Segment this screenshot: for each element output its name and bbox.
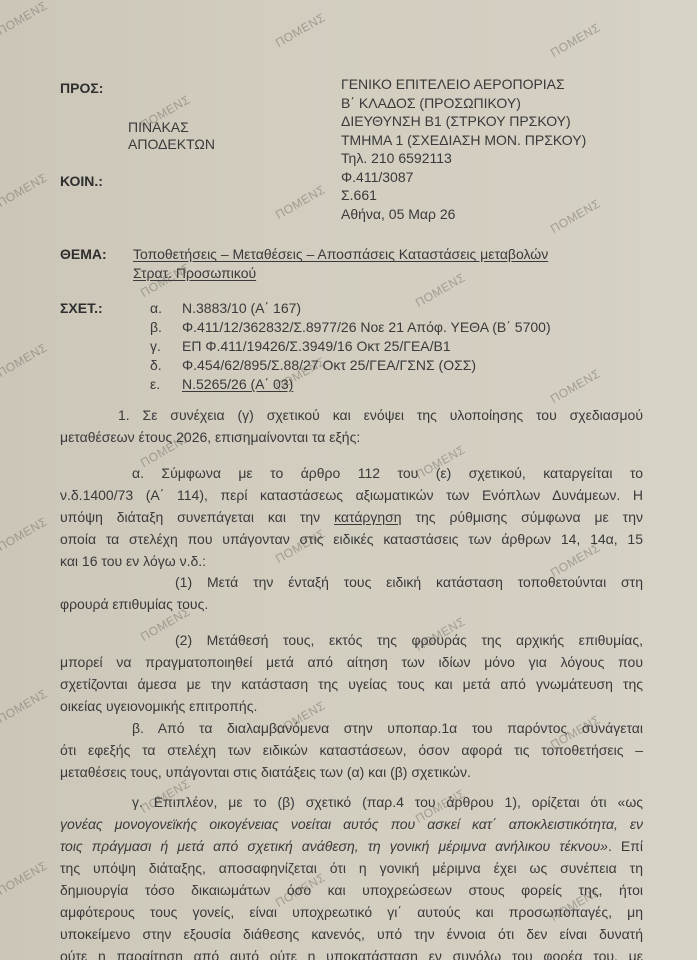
paragraph-1a: α. Σύμφωνα με το άρθρο 112 του (ε) σχετι… <box>60 462 643 572</box>
paragraph-1a-1: (1) Μετά την ένταξή τους ειδική κατάστασ… <box>60 571 643 615</box>
recipients-table-line2: ΑΠΟΔΕΚΤΩΝ <box>128 136 215 152</box>
references-label: ΣΧΕΤ.: <box>60 300 103 316</box>
recipients-table-line1: ΠΙΝΑΚΑΣ <box>128 119 189 135</box>
paragraph-1c: γ. Επιπλέον, με το (β) σχετικό (παρ.4 το… <box>60 791 643 960</box>
reference-item: α.Ν.3883/10 (Α΄ 167) <box>150 299 551 318</box>
watermark: ΠΟΜΕΝΣ <box>273 10 328 50</box>
subject-line1: Τοποθετήσεις – Μεταθέσεις – Αποσπάσεις Κ… <box>133 246 548 262</box>
reference-item: γ.ΕΠ Φ.411/19426/Σ.3949/16 Οκτ 25/ΓΕΑ/Β1 <box>150 337 551 356</box>
watermark: ΠΟΜΕΝΣ <box>0 514 50 554</box>
watermark: ΠΟΜΕΝΣ <box>0 340 50 380</box>
paragraph-1b: β. Από τα διαλαμβανόμενα στην υποπαρ.1α … <box>60 717 643 783</box>
to-label: ΠΡΟΣ: <box>60 80 103 96</box>
reference-item: δ.Φ.454/62/895/Σ.88/27 Οκτ 25/ΓΕΑ/ΓΣΝΣ (… <box>150 356 551 375</box>
watermark: ΠΟΜΕΝΣ <box>0 686 50 726</box>
references-list: α.Ν.3883/10 (Α΄ 167) β.Φ.411/12/362832/Σ… <box>150 299 551 394</box>
reference-item: ε.Ν.5265/26 (Α΄ 03) <box>150 375 551 394</box>
cc-label: ΚΟΙΝ.: <box>60 173 103 189</box>
subject-label: ΘΕΜΑ: <box>60 246 107 262</box>
address-block: ΓΕΝΙΚΟ ΕΠΙΤΕΛΕΙΟ ΑΕΡΟΠΟΡΙΑΣ Β΄ ΚΛΑΔΟΣ (Π… <box>341 73 586 225</box>
watermark: ΠΟΜΕΝΣ <box>0 170 50 210</box>
watermark: ΠΟΜΕΝΣ <box>548 20 603 60</box>
paragraph-1: 1. Σε συνέχεια (γ) σχετικού και ενόψει τ… <box>60 404 643 448</box>
subject-line2: Στρατ. Προσωπικού <box>133 265 256 281</box>
watermark: ΠΟΜΕΝΣ <box>548 366 603 406</box>
reference-item: β.Φ.411/12/362832/Σ.8977/26 Νοε 21 Απόφ.… <box>150 318 551 337</box>
date-line: Αθήνα, 05 Μαρ 26 <box>341 203 586 226</box>
paragraph-1a-2: (2) Μετάθεσή τους, εκτός της φρουράς της… <box>60 629 643 717</box>
watermark: ΠΟΜΕΝΣ <box>0 858 50 898</box>
watermark: ΠΟΜΕΝΣ <box>273 182 328 222</box>
document-page: ΠΟΜΕΝΣ ΠΟΜΕΝΣ ΠΟΜΕΝΣ ΠΟΜΕΝΣ ΠΟΜΕΝΣ ΠΟΜΕΝ… <box>0 0 697 960</box>
watermark: ΠΟΜΕΝΣ <box>0 0 50 38</box>
